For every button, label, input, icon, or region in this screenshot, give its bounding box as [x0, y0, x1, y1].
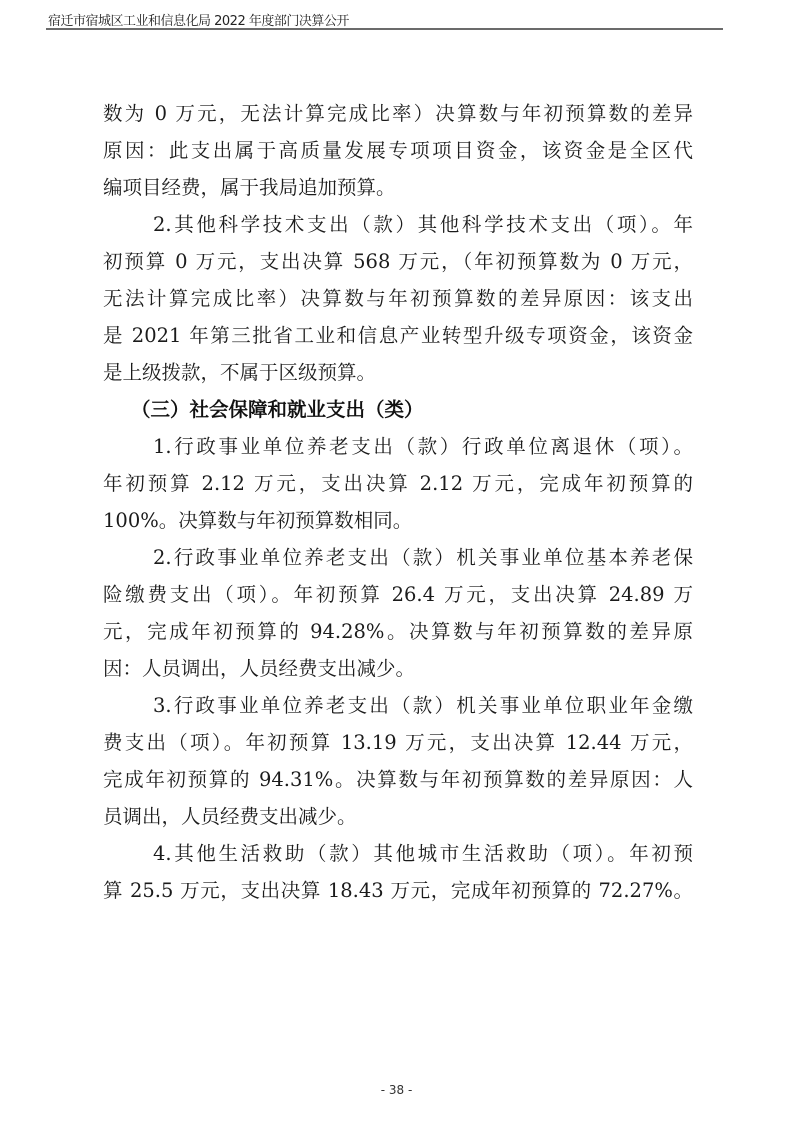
text-line: 数为 0 万元，无法计算完成比率）决算数与年初预算数的差异: [103, 95, 693, 132]
text-line: 完成年初预算的 94.31%。决算数与年初预算数的差异原因：人: [103, 761, 693, 798]
text-line: 是 2021 年第三批省工业和信息产业转型升级专项资金，该资金: [103, 317, 693, 354]
text-line: 原因：此支出属于高质量发展专项项目资金，该资金是全区代: [103, 132, 693, 169]
section-heading: （三）社会保障和就业支出（类）: [103, 391, 693, 428]
document-body: 数为 0 万元，无法计算完成比率）决算数与年初预算数的差异 原因：此支出属于高质…: [103, 95, 693, 909]
text-line: 险缴费支出（项）。年初预算 26.4 万元，支出决算 24.89 万: [103, 576, 693, 613]
paragraph-living-relief: 4.其他生活救助（款）其他城市生活救助（项）。年初预 算 25.5 万元，支出决…: [103, 835, 693, 909]
paragraph-retirement: 1.行政事业单位养老支出（款）行政单位离退休（项）。 年初预算 2.12 万元，…: [103, 428, 693, 539]
text-line: 4.其他生活救助（款）其他城市生活救助（项）。年初预: [103, 835, 693, 872]
text-line: 编项目经费，属于我局追加预算。: [103, 169, 693, 206]
text-line: 1.行政事业单位养老支出（款）行政单位离退休（项）。: [103, 428, 693, 465]
text-line: 无法计算完成比率）决算数与年初预算数的差异原因：该支出: [103, 280, 693, 317]
text-line: 初预算 0 万元，支出决算 568 万元，（年初预算数为 0 万元，: [103, 243, 693, 280]
paragraph-occupational-annuity: 3.行政事业单位养老支出（款）机关事业单位职业年金缴 费支出（项）。年初预算 1…: [103, 687, 693, 835]
paragraph-science-expenditure: 2.其他科学技术支出（款）其他科学技术支出（项）。年 初预算 0 万元，支出决算…: [103, 206, 693, 391]
text-line: 因：人员调出，人员经费支出减少。: [103, 650, 693, 687]
paragraph-basic-pension: 2.行政事业单位养老支出（款）机关事业单位基本养老保 险缴费支出（项）。年初预算…: [103, 539, 693, 687]
page-header: 宿迁市宿城区工业和信息化局 2022 年度部门决算公开: [46, 8, 723, 30]
text-line: 算 25.5 万元，支出决算 18.43 万元，完成年初预算的 72.27%。: [103, 872, 693, 909]
text-line: 费支出（项）。年初预算 13.19 万元，支出决算 12.44 万元，: [103, 724, 693, 761]
text-line: 元，完成年初预算的 94.28%。决算数与年初预算数的差异原: [103, 613, 693, 650]
text-line: 是上级拨款，不属于区级预算。: [103, 354, 693, 391]
text-line: 年初预算 2.12 万元，支出决算 2.12 万元，完成年初预算的: [103, 465, 693, 502]
text-line: 员调出，人员经费支出减少。: [103, 798, 693, 835]
text-line: 2.其他科学技术支出（款）其他科学技术支出（项）。年: [103, 206, 693, 243]
page-number: - 38 -: [0, 1083, 793, 1097]
text-line: 2.行政事业单位养老支出（款）机关事业单位基本养老保: [103, 539, 693, 576]
text-line: 3.行政事业单位养老支出（款）机关事业单位职业年金缴: [103, 687, 693, 724]
header-title: 宿迁市宿城区工业和信息化局 2022 年度部门决算公开: [48, 10, 349, 29]
text-line: 100%。决算数与年初预算数相同。: [103, 502, 693, 539]
paragraph-continued: 数为 0 万元，无法计算完成比率）决算数与年初预算数的差异 原因：此支出属于高质…: [103, 95, 693, 206]
